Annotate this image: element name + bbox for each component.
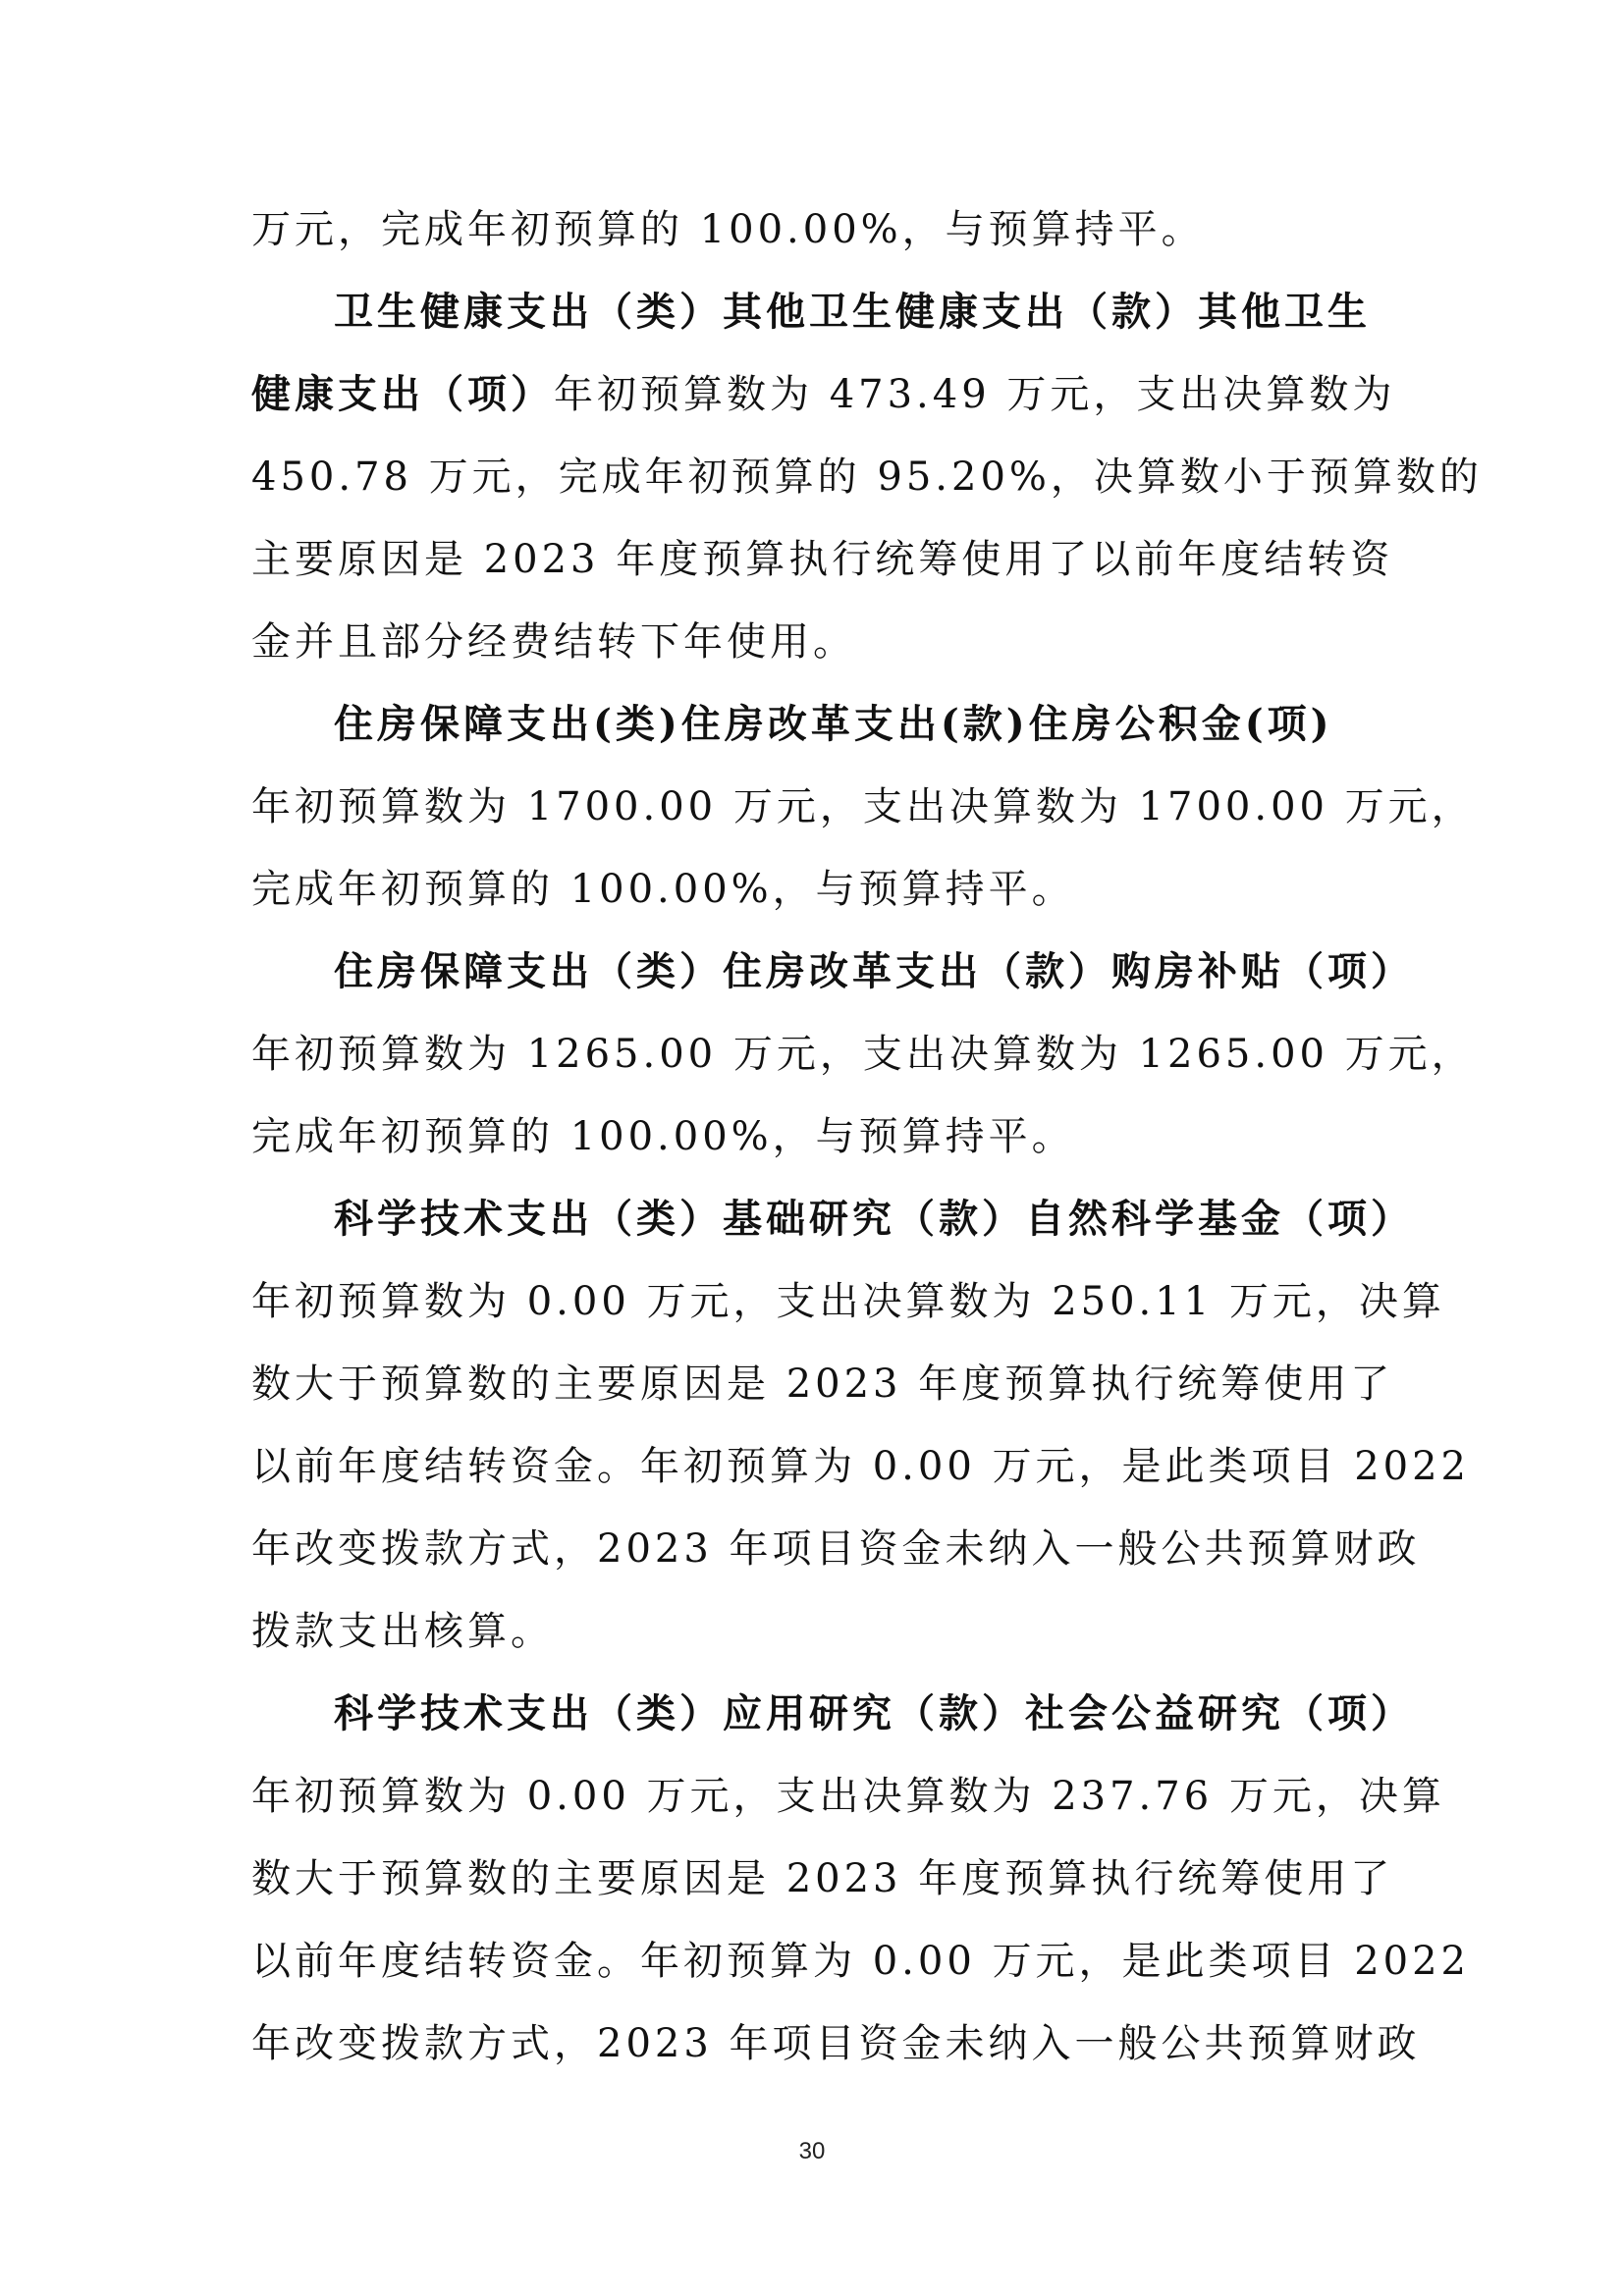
body-text: 年改变拨款方式，2023 年项目资金未纳入一般公共预算财政 (251, 1526, 1421, 1572)
document-page: 万元，完成年初预算的 100.00%，与预算持平。 卫生健康支出（类）其他卫生健… (0, 0, 1624, 2296)
text-line: 年改变拨款方式，2023 年项目资金未纳入一般公共预算财政 (251, 2020, 1390, 2067)
heading-text: 卫生健康支出（类）其他卫生健康支出（款）其他卫生 (334, 289, 1371, 335)
body-text: 年初预算数为 473.49 万元，支出决算数为 (554, 372, 1395, 417)
text-line: 健康支出（项）年初预算数为 473.49 万元，支出决算数为 (251, 371, 1390, 418)
text-line: 年改变拨款方式，2023 年项目资金未纳入一般公共预算财政 (251, 1525, 1390, 1573)
body-text: 以前年度结转资金。年初预算为 0.00 万元，是此类项目 2022 (251, 1444, 1470, 1489)
body-text: 数大于预算数的主要原因是 2023 年度预算执行统筹使用了 (251, 1856, 1393, 1901)
heading-text: 健康支出（项） (251, 371, 554, 417)
heading-text: 住房保障支出(类)住房改革支出(款)住房公积金(项) (334, 701, 1333, 747)
text-line: 年初预算数为 1265.00 万元，支出决算数为 1265.00 万元， (251, 1031, 1390, 1078)
text-line: 年初预算数为 0.00 万元，支出决算数为 250.11 万元，决算 (251, 1278, 1390, 1325)
body-text: 完成年初预算的 100.00%，与预算持平。 (251, 867, 1075, 912)
body-text: 以前年度结转资金。年初预算为 0.00 万元，是此类项目 2022 (251, 1939, 1470, 1984)
body-text: 450.78 万元，完成年初预算的 95.20%，决算数小于预算数的 (251, 454, 1483, 500)
text-line: 年初预算数为 0.00 万元，支出决算数为 237.76 万元，决算 (251, 1773, 1390, 1820)
text-line: 数大于预算数的主要原因是 2023 年度预算执行统筹使用了 (251, 1855, 1390, 1902)
text-line: 年初预算数为 1700.00 万元，支出决算数为 1700.00 万元， (251, 783, 1390, 830)
section-heading-line: 科学技术支出（类）应用研究（款）社会公益研究（项） (334, 1690, 1473, 1737)
text-line: 万元，完成年初预算的 100.00%，与预算持平。 (251, 206, 1390, 253)
section-heading-line: 住房保障支出（类）住房改革支出（款）购房补贴（项） (334, 948, 1473, 995)
page-number: 30 (0, 2138, 1624, 2165)
section-heading-line: 科学技术支出（类）基础研究（款）自然科学基金（项） (334, 1196, 1473, 1243)
text-line: 完成年初预算的 100.00%，与预算持平。 (251, 866, 1390, 913)
text-line: 金并且部分经费结转下年使用。 (251, 618, 1390, 666)
text-line: 主要原因是 2023 年度预算执行统筹使用了以前年度结转资 (251, 536, 1390, 583)
body-text: 年初预算数为 0.00 万元，支出决算数为 237.76 万元，决算 (251, 1774, 1445, 1819)
text-line: 拨款支出核算。 (251, 1608, 1390, 1655)
body-text: 年初预算数为 1700.00 万元，支出决算数为 1700.00 万元， (251, 784, 1475, 829)
body-text: 年改变拨款方式，2023 年项目资金未纳入一般公共预算财政 (251, 2021, 1421, 2066)
text-line: 450.78 万元，完成年初预算的 95.20%，决算数小于预算数的 (251, 454, 1390, 501)
section-heading-line: 住房保障支出(类)住房改革支出(款)住房公积金(项) (334, 701, 1473, 748)
body-text: 年初预算数为 0.00 万元，支出决算数为 250.11 万元，决算 (251, 1279, 1445, 1324)
body-text: 完成年初预算的 100.00%，与预算持平。 (251, 1114, 1075, 1159)
text-line: 以前年度结转资金。年初预算为 0.00 万元，是此类项目 2022 (251, 1443, 1390, 1490)
text-line: 以前年度结转资金。年初预算为 0.00 万元，是此类项目 2022 (251, 1938, 1390, 1985)
text-line: 数大于预算数的主要原因是 2023 年度预算执行统筹使用了 (251, 1361, 1390, 1408)
body-text: 主要原因是 2023 年度预算执行统筹使用了以前年度结转资 (251, 537, 1393, 582)
body-text: 数大于预算数的主要原因是 2023 年度预算执行统筹使用了 (251, 1362, 1393, 1407)
body-text: 万元，完成年初预算的 100.00%，与预算持平。 (251, 207, 1205, 252)
text-line: 完成年初预算的 100.00%，与预算持平。 (251, 1113, 1390, 1160)
body-text: 年初预算数为 1265.00 万元，支出决算数为 1265.00 万元， (251, 1032, 1475, 1077)
heading-text: 科学技术支出（类）基础研究（款）自然科学基金（项） (334, 1196, 1414, 1242)
heading-text: 科学技术支出（类）应用研究（款）社会公益研究（项） (334, 1690, 1414, 1736)
body-text: 拨款支出核算。 (251, 1609, 554, 1654)
body-text: 金并且部分经费结转下年使用。 (251, 619, 856, 665)
heading-text: 住房保障支出（类）住房改革支出（款）购房补贴（项） (334, 948, 1414, 994)
section-heading-line: 卫生健康支出（类）其他卫生健康支出（款）其他卫生 (334, 289, 1473, 336)
